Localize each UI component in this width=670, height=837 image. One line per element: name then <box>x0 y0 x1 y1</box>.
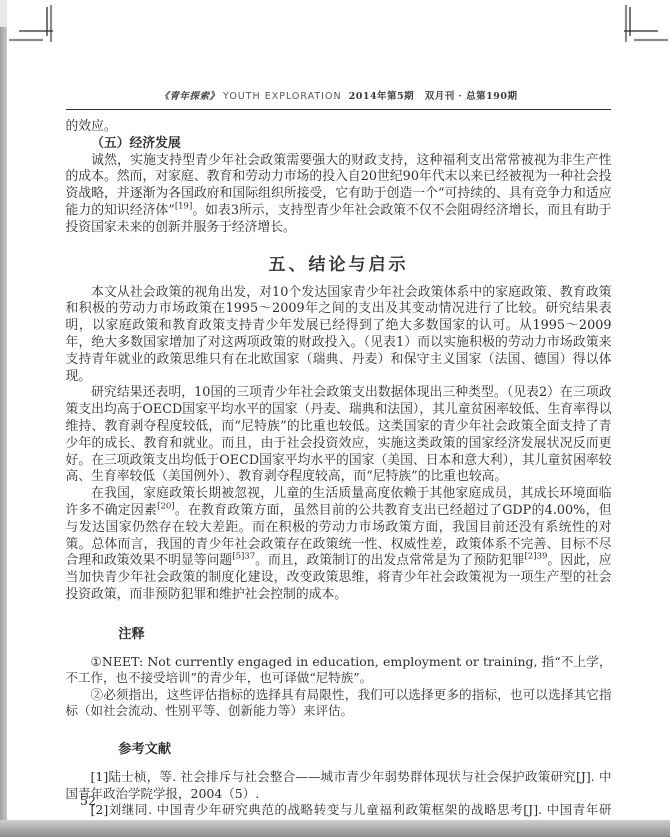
paragraph-conclusion-3: 在我国，家庭政策长期被忽视，儿童的生活质量高度依赖于其他家庭成员，其成长环境面临… <box>66 486 612 604</box>
paragraph-conclusion-2: 研究结果还表明，10国的三项青少年社会政策支出数据体现出三种类型。（见表2）在三… <box>66 385 612 486</box>
periodicity: 双月刊 · 总第190期 <box>425 91 518 102</box>
journal-header: 《青年探索》 YOUTH EXPLORATION 2014年第5期 双月刊 · … <box>7 88 670 102</box>
note-item-1: ①NEET: Not currently engaged in educatio… <box>66 654 612 687</box>
article-body: 的效应。 （五）经济发展 诚然，实施支持型青少年社会政策需要强大的财政支持，这种… <box>66 119 612 820</box>
journal-title-en: YOUTH EXPLORATION <box>223 91 342 102</box>
paragraph-continuation: 的效应。 <box>66 119 612 136</box>
reference-item-1: [1]陆士桢，等. 社会排斥与社会整合——城市青少年弱势群体现状与社会保护政策研… <box>66 769 612 802</box>
reference-item-2: [2]刘继同. 中国青少年研究典范的战略转变与儿童福利政策框架的战略思考[J].… <box>66 802 612 820</box>
section-heading-conclusion: 五、结论与启示 <box>66 250 612 275</box>
paragraph-conclusion-1: 本文从社会政策的视角出发，对10个发达国家青少年社会政策体系中的家庭政策、教育政… <box>66 285 612 386</box>
notes-heading: 注释 <box>66 623 612 642</box>
registration-mark-top-left <box>7 0 67 60</box>
scan-edge-left <box>0 27 7 837</box>
references-heading: 参考文献 <box>66 738 612 757</box>
header-divider <box>66 109 611 110</box>
note-item-2: ②必须指出，这些评估指标的选择具有局限性，我们可以选择更多的指标，也可以选择其它… <box>66 687 612 720</box>
paragraph-economy: 诚然，实施支持型青少年社会政策需要强大的财政支持，这种福利支出常常被视为非生产性… <box>66 153 612 237</box>
journal-title: 《青年探索》 <box>159 91 219 102</box>
registration-mark-top-right <box>610 0 670 60</box>
page-number: 52 <box>80 793 96 808</box>
scan-edge-bottom <box>0 820 670 837</box>
issue-info: 2014年第5期 <box>349 91 415 102</box>
document-page: 《青年探索》 YOUTH EXPLORATION 2014年第5期 双月刊 · … <box>7 0 670 820</box>
subsection-heading: （五）经济发展 <box>66 136 612 153</box>
